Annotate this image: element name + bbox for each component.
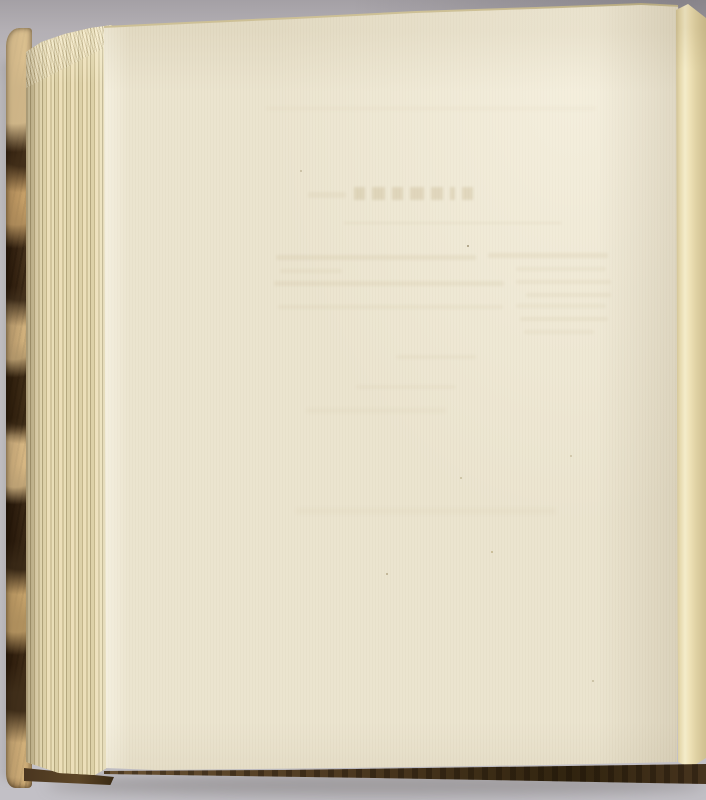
ghost-text-line xyxy=(520,317,608,321)
foxing-speck xyxy=(460,477,462,479)
gutter-next-page-edge xyxy=(676,2,706,772)
ghost-text-line xyxy=(266,107,596,110)
ghost-text-line xyxy=(516,267,606,271)
ghost-text-line xyxy=(526,293,611,297)
ghost-rule-line xyxy=(344,222,562,224)
ghost-text-line xyxy=(274,281,504,286)
foxing-speck xyxy=(467,245,469,247)
ghost-text-line xyxy=(308,192,346,198)
ghost-text-line xyxy=(488,253,608,258)
ghost-text-line xyxy=(356,385,456,389)
ghost-text-line xyxy=(524,330,594,334)
blank-page xyxy=(96,2,692,784)
foxing-speck xyxy=(592,680,594,682)
ghost-text-line xyxy=(278,305,503,309)
book-photograph xyxy=(0,0,706,800)
foxing-speck xyxy=(386,573,388,575)
page-block-fore-edge xyxy=(26,24,112,780)
ghost-text-line xyxy=(280,269,342,273)
ghost-text-line xyxy=(396,355,476,359)
foxing-speck xyxy=(300,170,302,172)
foxing-speck xyxy=(491,551,493,553)
ghost-text-line xyxy=(516,280,611,284)
ghost-text-line xyxy=(296,508,556,514)
ghost-text-line xyxy=(276,255,476,260)
ghost-text-line xyxy=(516,304,606,308)
foxing-speck xyxy=(570,455,572,457)
ghost-heading-showthrough xyxy=(354,187,504,201)
ghost-text-line xyxy=(306,408,446,413)
